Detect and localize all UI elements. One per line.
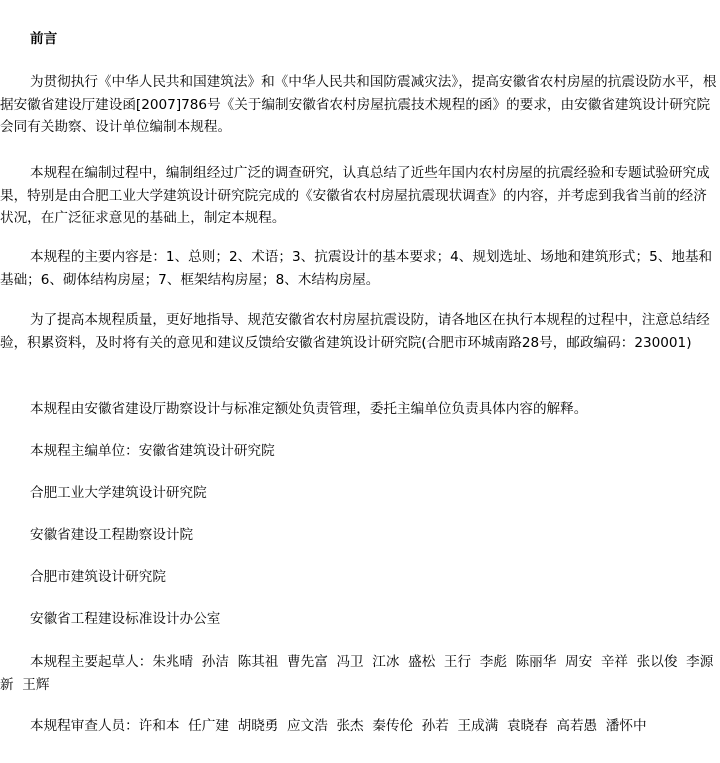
- reviewers: 本规程审查人员：许和本 任广建 胡晓勇 应文浩 张杰 秦传伦 孙若 王成满 袁晓…: [0, 715, 720, 738]
- paragraph-text: 安徽省建设工程勘察设计院: [0, 524, 720, 547]
- paragraph-text: 本规程在编制过程中，编制组经过广泛的调查研究，认真总结了近些年国内农村房屋的抗震…: [0, 162, 720, 230]
- paragraph-text: 本规程的主要内容是：1、总则；2、术语；3、抗震设计的基本要求；4、规划选址、场…: [0, 246, 720, 291]
- participating-unit-3: 合肥市建筑设计研究院: [0, 566, 720, 589]
- paragraph-text: 为了提高本规程质量，更好地指导、规范安徽省农村房屋抗震设防，请各地区在执行本规程…: [0, 309, 720, 354]
- paragraph-1: 为贯彻执行《中华人民共和国建筑法》和《中华人民共和国防震减灾法》，提高安徽省农村…: [0, 71, 720, 139]
- paragraph-4: 为了提高本规程质量，更好地指导、规范安徽省农村房屋抗震设防，请各地区在执行本规程…: [0, 309, 720, 354]
- paragraph-text: 合肥工业大学建筑设计研究院: [0, 482, 720, 505]
- paragraph-2: 本规程在编制过程中，编制组经过广泛的调查研究，认真总结了近些年国内农村房屋的抗震…: [0, 162, 720, 230]
- participating-unit-2: 安徽省建设工程勘察设计院: [0, 524, 720, 547]
- participating-unit-1: 合肥工业大学建筑设计研究院: [0, 482, 720, 505]
- paragraph-text: 本规程审查人员：许和本 任广建 胡晓勇 应文浩 张杰 秦传伦 孙若 王成满 袁晓…: [0, 715, 720, 738]
- paragraph-text: 本规程由安徽省建设厅勘察设计与标准定额处负责管理，委托主编单位负责具体内容的解释…: [0, 398, 720, 421]
- main-drafters: 本规程主要起草人：朱兆晴 孙洁 陈其祖 曹先富 冯卫 江冰 盛松 王行 李彪 陈…: [0, 651, 720, 696]
- paragraph-text: 本规程主要起草人：朱兆晴 孙洁 陈其祖 曹先富 冯卫 江冰 盛松 王行 李彪 陈…: [0, 651, 720, 696]
- paragraph-text: 本规程主编单位：安徽省建筑设计研究院: [0, 440, 720, 463]
- paragraph-3: 本规程的主要内容是：1、总则；2、术语；3、抗震设计的基本要求；4、规划选址、场…: [0, 246, 720, 291]
- chief-editor-unit: 本规程主编单位：安徽省建筑设计研究院: [0, 440, 720, 463]
- paragraph-text: 合肥市建筑设计研究院: [0, 566, 720, 589]
- paragraph-5: 本规程由安徽省建设厅勘察设计与标准定额处负责管理，委托主编单位负责具体内容的解释…: [0, 398, 720, 421]
- participating-unit-4: 安徽省工程建设标准设计办公室: [0, 608, 720, 631]
- paragraph-text: 安徽省工程建设标准设计办公室: [0, 608, 720, 631]
- preface-heading: 前言: [30, 28, 57, 50]
- paragraph-text: 为贯彻执行《中华人民共和国建筑法》和《中华人民共和国防震减灾法》，提高安徽省农村…: [0, 71, 720, 139]
